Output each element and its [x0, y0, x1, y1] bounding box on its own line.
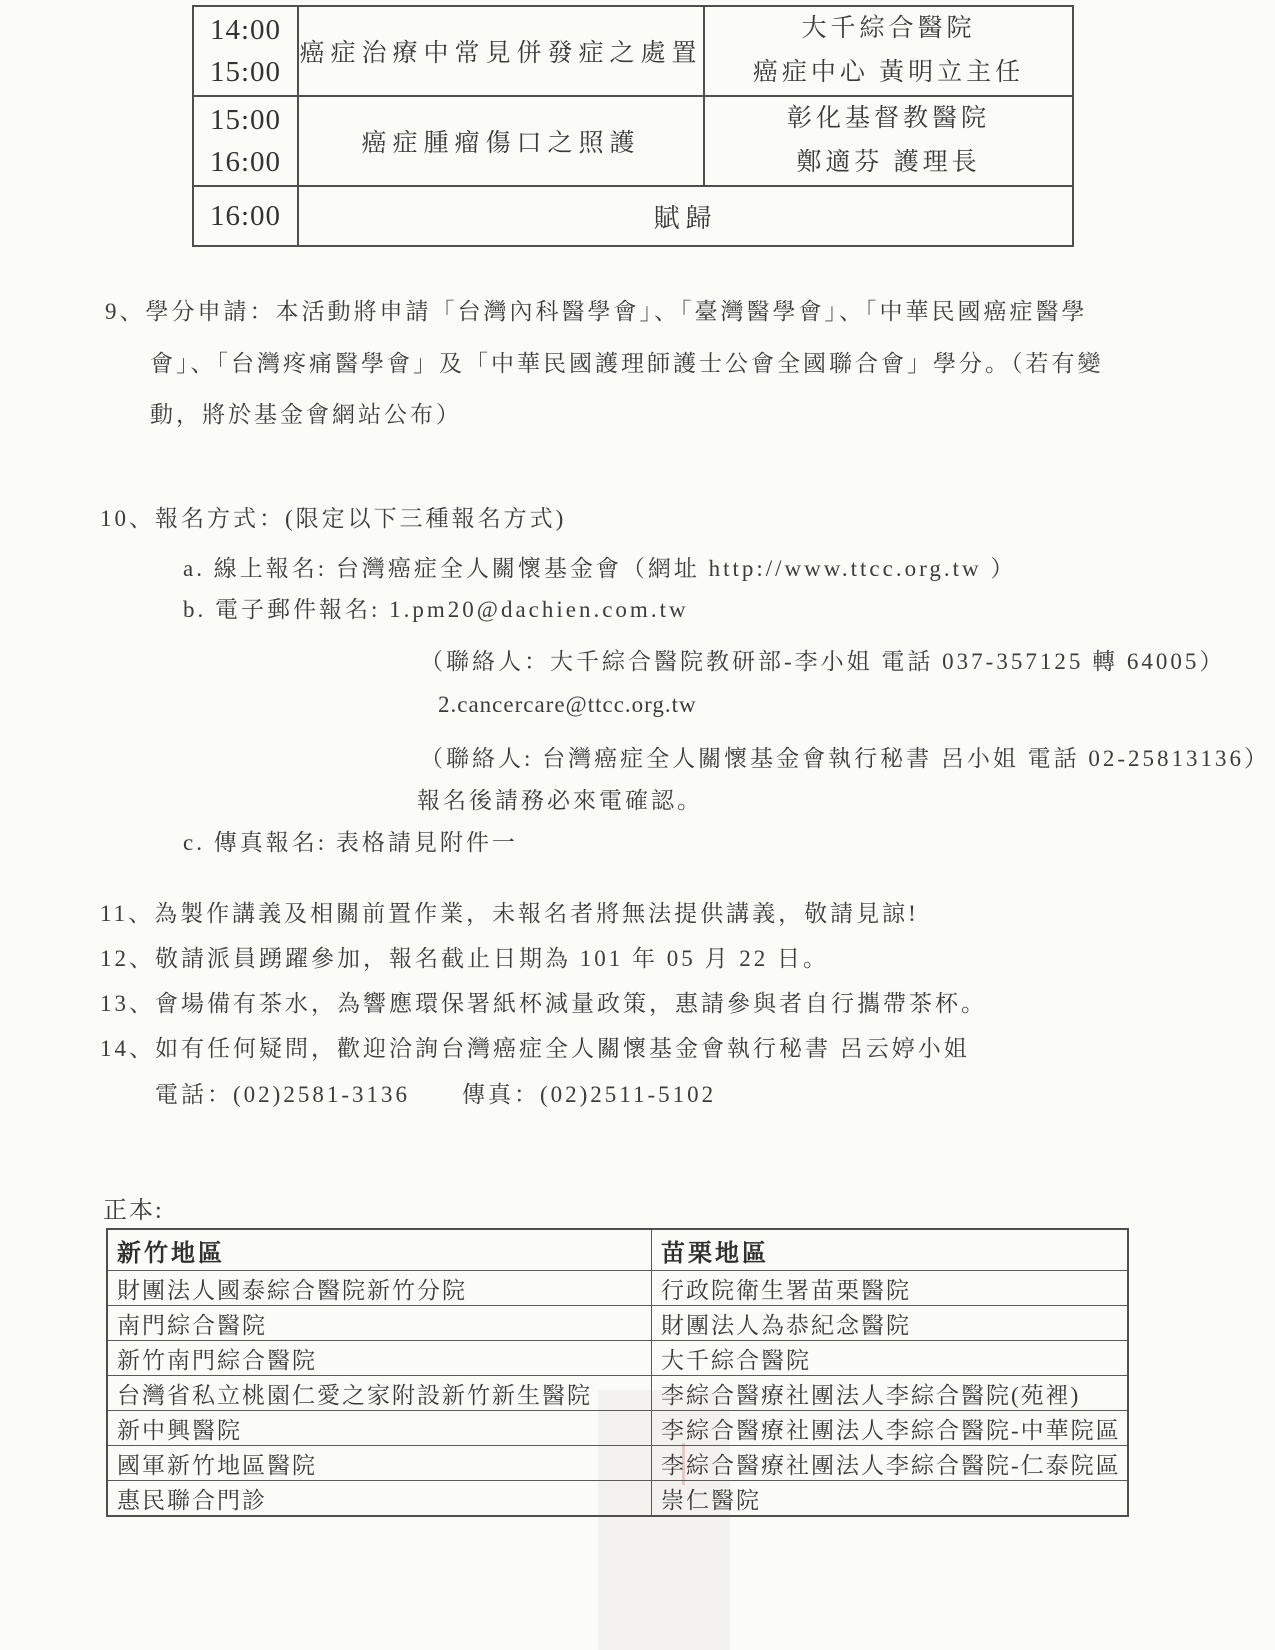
document-page: 14:00 15:00 癌症治療中常見併發症之處置 大千綜合醫院 癌症中心 黃明… — [0, 0, 1275, 1650]
note-10-heading: 10、報名方式：(限定以下三種報名方式) — [100, 500, 566, 533]
table-row: 16:00 賦歸 — [193, 186, 1073, 246]
note-10-email-2: 2.cancercare@ttcc.org.tw — [438, 692, 697, 718]
note-14-line-1: 14、如有任何疑問，歡迎洽詢台灣癌症全人關懷基金會執行秘書 呂云婷小姐 — [100, 1030, 970, 1063]
note-9-line-2: 會」、「台灣疼痛醫學會」及「中華民國護理師護士公會全國聯合會」學分。（若有變 — [150, 345, 1104, 378]
speaker-cell: 大千綜合醫院 癌症中心 黃明立主任 — [704, 6, 1073, 96]
fax-number: 傳真：(02)2511-5102 — [462, 1082, 716, 1107]
hospital-cell: 新中興醫院 — [107, 1411, 652, 1446]
time-cell: 15:00 16:00 — [193, 96, 298, 186]
table-row: 14:00 15:00 癌症治療中常見併發症之處置 大千綜合醫院 癌症中心 黃明… — [193, 6, 1073, 96]
time-line: 16:00 — [194, 141, 297, 183]
hospital-cell: 財團法人國泰綜合醫院新竹分院 — [107, 1271, 652, 1306]
speaker-line: 鄭適芬 護理長 — [705, 141, 1072, 185]
speaker-line: 癌症中心 黃明立主任 — [705, 51, 1072, 95]
hospital-cell: 李綜合醫療社團法人李綜合醫院-仁泰院區 — [652, 1446, 1129, 1481]
schedule-table: 14:00 15:00 癌症治療中常見併發症之處置 大千綜合醫院 癌症中心 黃明… — [192, 5, 1074, 247]
topic-cell: 癌症治療中常見併發症之處置 — [298, 6, 704, 96]
note-13: 13、會場備有茶水，為響應環保署紙杯減量政策，惠請參與者自行攜帶茶杯。 — [100, 985, 987, 1018]
note-9-line-1: 9、學分申請：本活動將申請「台灣內科醫學會」、「臺灣醫學會」、「中華民國癌症醫學 — [105, 293, 1088, 326]
table-row: 惠民聯合門診 崇仁醫院 — [107, 1481, 1128, 1517]
time-line: 16:00 — [194, 195, 297, 237]
time-line: 15:00 — [194, 99, 297, 141]
hospital-cell: 大千綜合醫院 — [652, 1341, 1129, 1376]
copies-table: 新竹地區 苗栗地區 財團法人國泰綜合醫院新竹分院 行政院衛生署苗栗醫院 南門綜合… — [106, 1228, 1129, 1517]
hospital-cell: 惠民聯合門診 — [107, 1481, 652, 1517]
note-10-option-c: c. 傳真報名: 表格請見附件一 — [183, 824, 518, 857]
note-11: 11、為製作講義及相關前置作業，未報名者將無法提供講義，敬請見諒! — [100, 895, 919, 928]
copies-label: 正本: — [103, 1190, 164, 1225]
note-10-contact-2: （聯絡人: 台灣癌症全人關懷基金會執行秘書 呂小姐 電話 02-25813136… — [420, 740, 1270, 773]
hospital-cell: 國軍新竹地區醫院 — [107, 1446, 652, 1481]
column-header-miaoli: 苗栗地區 — [652, 1229, 1129, 1271]
note-12: 12、敬請派員踴躍參加，報名截止日期為 101 年 05 月 22 日。 — [100, 940, 829, 973]
note-10-confirm: 報名後請務必來電確認。 — [417, 782, 703, 815]
hospital-cell: 台灣省私立桃園仁愛之家附設新竹新生醫院 — [107, 1376, 652, 1411]
topic-cell: 癌症腫瘤傷口之照護 — [298, 96, 704, 186]
hospital-cell: 李綜合醫療社團法人李綜合醫院(苑裡) — [652, 1376, 1129, 1411]
speaker-line: 大千綜合醫院 — [705, 7, 1072, 51]
note-10-contact-1: （聯絡人：大千綜合醫院教研部-李小姐 電話 037-357125 轉 64005… — [420, 643, 1225, 676]
table-row: 財團法人國泰綜合醫院新竹分院 行政院衛生署苗栗醫院 — [107, 1271, 1128, 1306]
column-header-hsinchu: 新竹地區 — [107, 1229, 652, 1271]
table-row: 台灣省私立桃園仁愛之家附設新竹新生醫院 李綜合醫療社團法人李綜合醫院(苑裡) — [107, 1376, 1128, 1411]
hospital-cell: 財團法人為恭紀念醫院 — [652, 1306, 1129, 1341]
table-row: 新竹南門綜合醫院 大千綜合醫院 — [107, 1341, 1128, 1376]
table-row: 國軍新竹地區醫院 李綜合醫療社團法人李綜合醫院-仁泰院區 — [107, 1446, 1128, 1481]
time-cell: 16:00 — [193, 186, 298, 246]
note-14-phone-fax: 電話：(02)2581-3136傳真：(02)2511-5102 — [155, 1076, 716, 1109]
hospital-cell: 行政院衛生署苗栗醫院 — [652, 1271, 1129, 1306]
merged-cell: 賦歸 — [298, 186, 1073, 246]
time-cell: 14:00 15:00 — [193, 6, 298, 96]
hospital-cell: 李綜合醫療社團法人李綜合醫院-中華院區 — [652, 1411, 1129, 1446]
time-line: 14:00 — [194, 9, 297, 51]
speaker-line: 彰化基督教醫院 — [705, 97, 1072, 141]
hospital-cell: 崇仁醫院 — [652, 1481, 1129, 1517]
note-9-line-3: 動，將於基金會網站公布） — [150, 396, 462, 429]
time-line: 15:00 — [194, 51, 297, 93]
note-10-option-b: b. 電子郵件報名: 1.pm20@dachien.com.tw — [183, 591, 689, 624]
table-row: 新中興醫院 李綜合醫療社團法人李綜合醫院-中華院區 — [107, 1411, 1128, 1446]
hospital-cell: 南門綜合醫院 — [107, 1306, 652, 1341]
phone-number: 電話：(02)2581-3136 — [155, 1082, 410, 1107]
table-row: 15:00 16:00 癌症腫瘤傷口之照護 彰化基督教醫院 鄭適芬 護理長 — [193, 96, 1073, 186]
hospital-cell: 新竹南門綜合醫院 — [107, 1341, 652, 1376]
table-header-row: 新竹地區 苗栗地區 — [107, 1229, 1128, 1271]
table-row: 南門綜合醫院 財團法人為恭紀念醫院 — [107, 1306, 1128, 1341]
speaker-cell: 彰化基督教醫院 鄭適芬 護理長 — [704, 96, 1073, 186]
note-10-option-a: a. 線上報名: 台灣癌症全人關懷基金會（網址 http://www.ttcc.… — [183, 550, 1016, 583]
